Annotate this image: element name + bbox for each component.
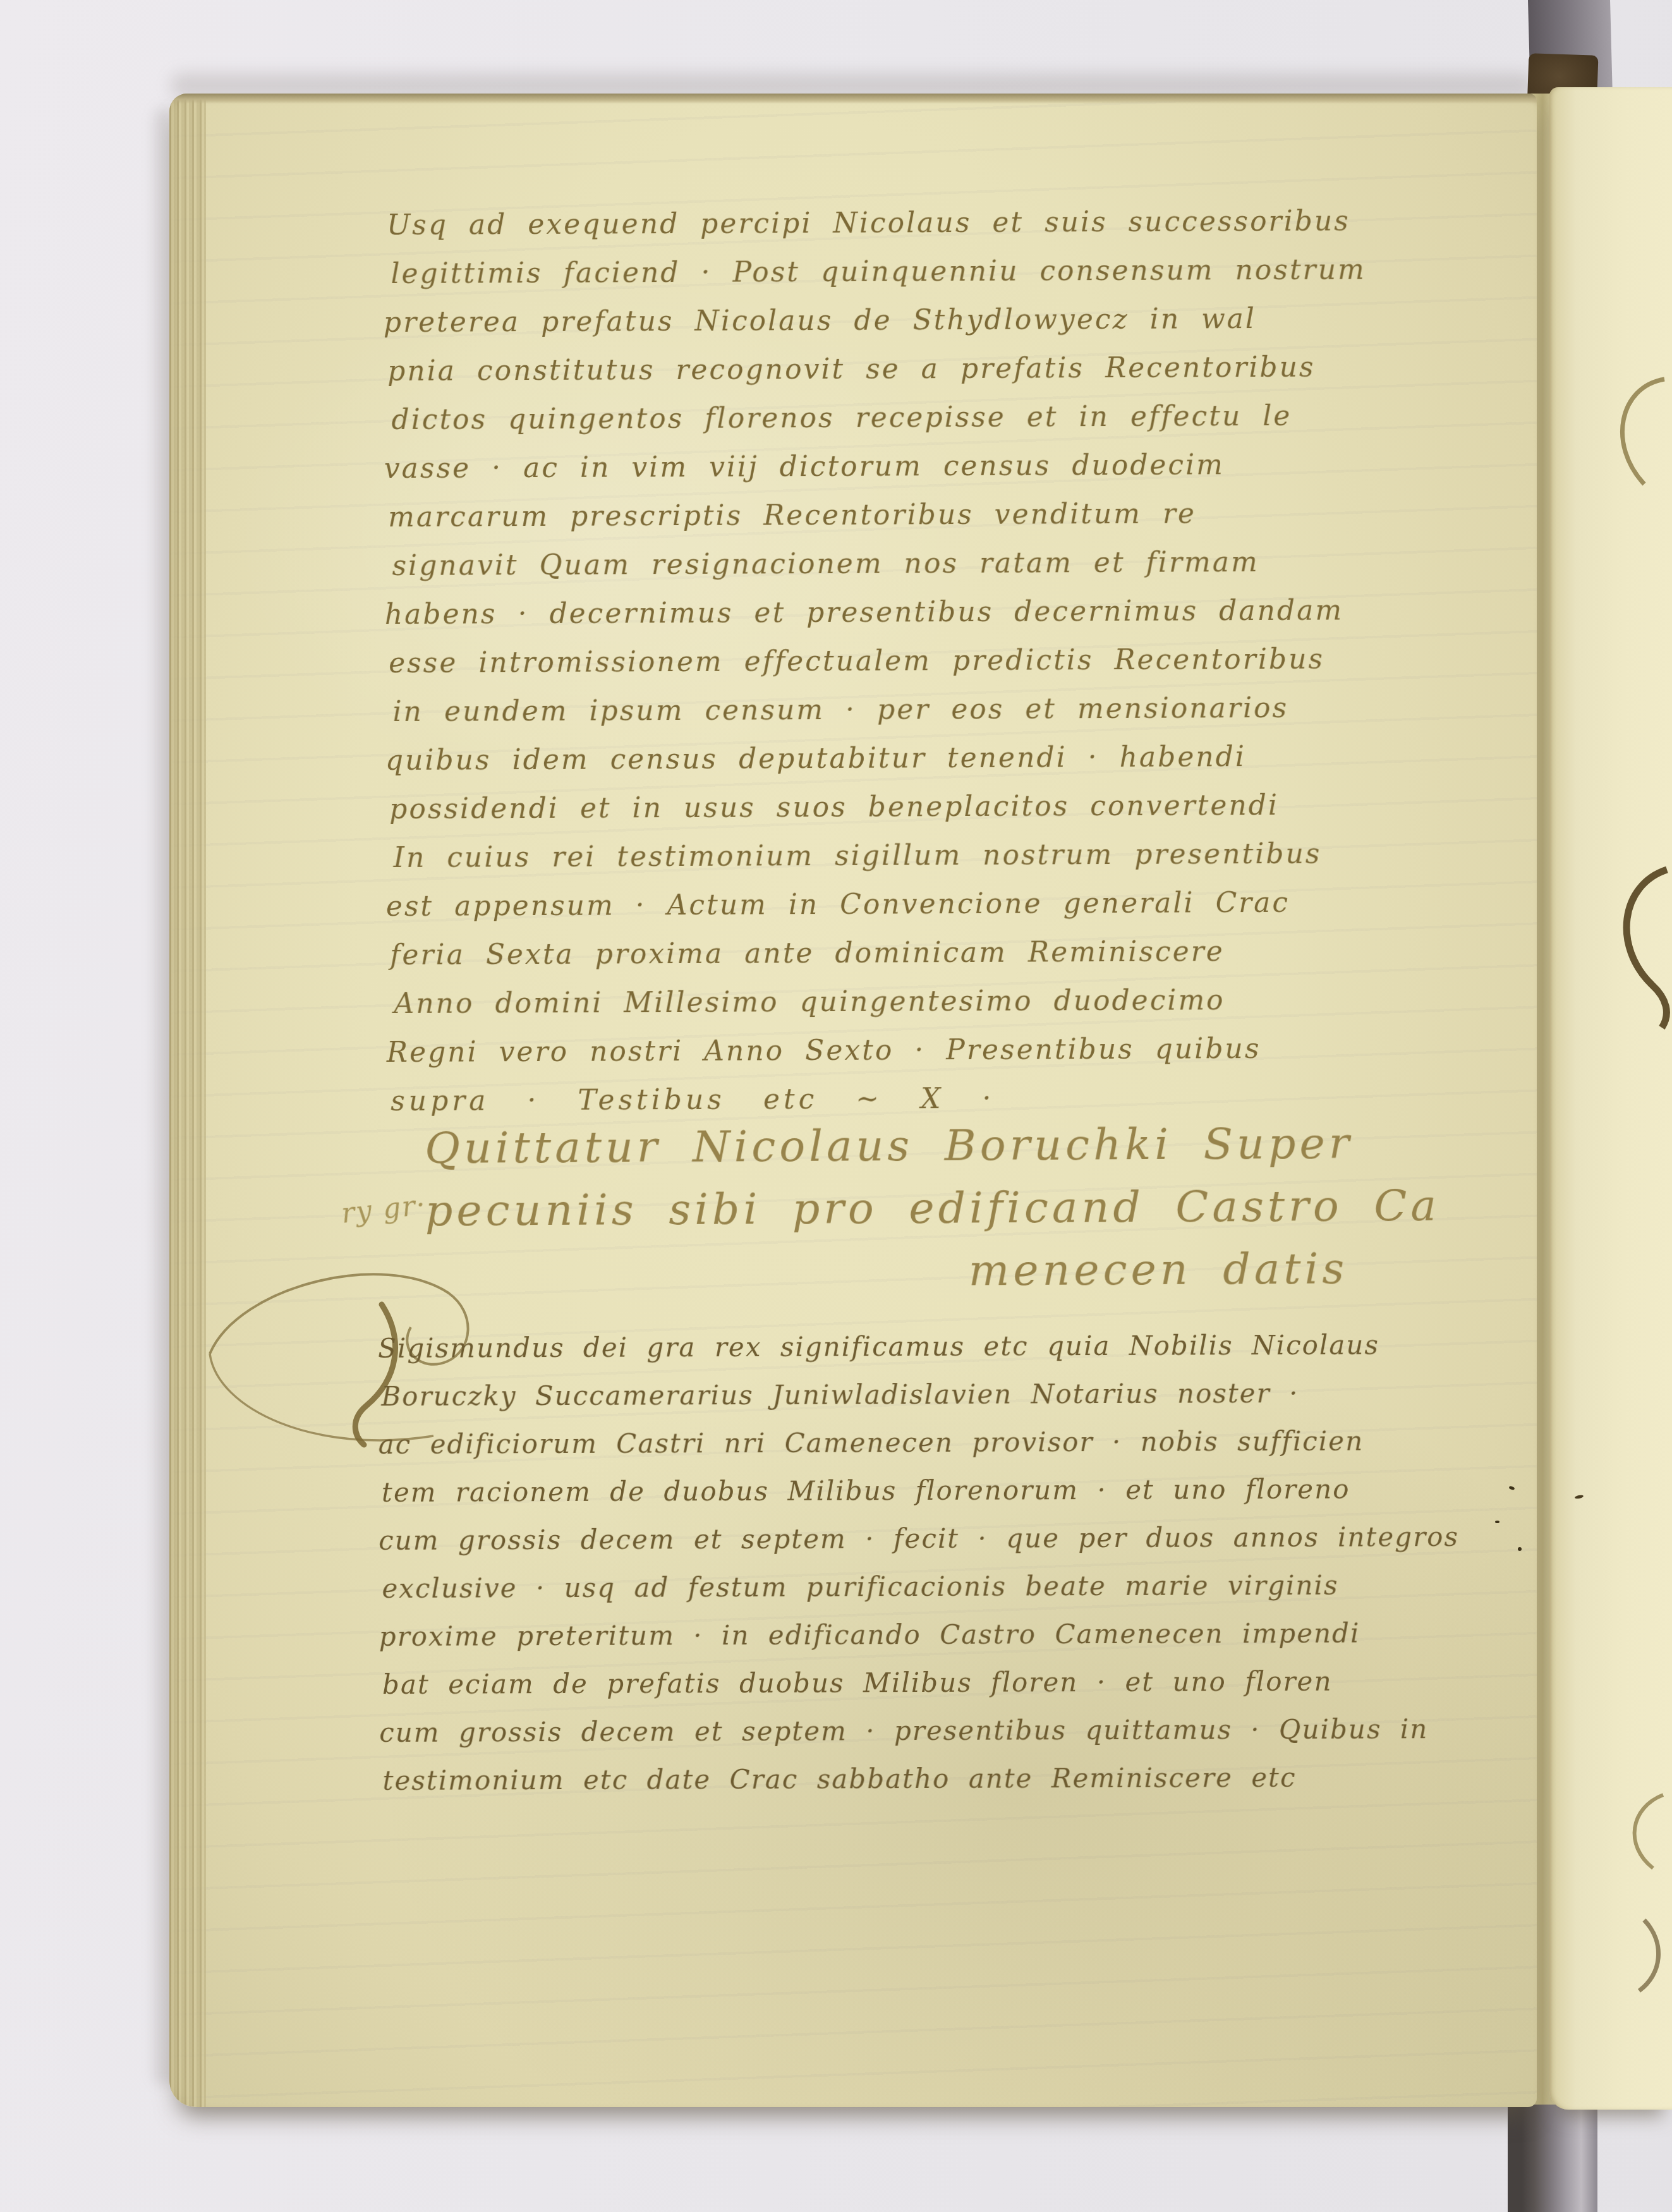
text-line: quibus idem census deputabitur tenendi ·… <box>385 732 1463 785</box>
text-line: signavit Quam resignacionem nos ratam et… <box>392 537 1462 590</box>
text-line: habens · decernimus et presentibus decer… <box>385 586 1463 639</box>
page-top-edge <box>169 94 1537 104</box>
text-line: pnia constitutus recognovit se a prefati… <box>387 343 1462 396</box>
text-line: Boruczky Succamerarius Juniwladislavien … <box>381 1369 1477 1421</box>
text-line: In cuius rei testimonium sigillum nostru… <box>393 829 1463 882</box>
facing-page <box>1549 87 1672 2110</box>
text-line: proxime preteritum · in edificando Castr… <box>379 1609 1479 1661</box>
text-line: legittimis faciend · Post quinquenniu co… <box>391 245 1461 298</box>
text-line: in eundem ipsum censum · per eos et mens… <box>392 683 1463 736</box>
scan-background: Usq ad exequend percipi Nicolaus et suis… <box>0 0 1672 2212</box>
text-line: bat eciam de prefatis duobus Milibus flo… <box>382 1657 1479 1709</box>
text-line: preterea prefatus Nicolaus de Sthydlowye… <box>384 294 1462 347</box>
text-line: exclusive · usq ad festum purificacionis… <box>382 1561 1478 1613</box>
text-line: est appensum · Actum in Convencione gene… <box>386 878 1464 931</box>
text-line: dictos quingentos florenos recepisse et … <box>391 391 1462 444</box>
text-line: Anno domini Millesimo quingentesimo duod… <box>394 975 1464 1028</box>
text-line: ac edificiorum Castri nri Camenecen prov… <box>379 1417 1478 1469</box>
facing-page-ink-flourishes <box>1549 87 1672 2110</box>
heading-line: menecen datis <box>425 1237 1348 1305</box>
ink-speck <box>1518 1547 1522 1551</box>
record-text-block-b: Sigismundus dei gra rex significamus etc… <box>378 1321 1479 1805</box>
text-line: Sigismundus dei gra rex significamus etc… <box>378 1321 1477 1373</box>
text-line: testimonium etc date Crac sabbatho ante … <box>382 1753 1479 1805</box>
text-line: possidendi et in usus suos beneplacitos … <box>389 781 1463 834</box>
text-line: vasse · ac in vim viij dictorum census d… <box>384 440 1462 493</box>
record-text-block-a: Usq ad exequend percipi Nicolaus et suis… <box>387 197 1465 1126</box>
text-line: cum grossis decem et septem · presentibu… <box>379 1705 1479 1757</box>
chapter-heading: Quittatur Nicolaus Boruchki Super pecuni… <box>425 1112 1348 1305</box>
text-line: marcarum prescriptis Recentoribus vendit… <box>388 489 1462 542</box>
heading-line: Quittatur Nicolaus Boruchki Super <box>425 1112 1347 1180</box>
text-line: tem racionem de duobus Milibus florenoru… <box>382 1465 1478 1517</box>
text-line: feria Sexta proxima ante dominicam Remin… <box>390 927 1464 980</box>
ink-speck <box>1495 1521 1499 1523</box>
heading-line: pecuniis sibi pro edificand Castro Ca <box>425 1175 1348 1243</box>
text-line: esse intromissionem effectualem predicti… <box>389 635 1463 688</box>
text-line: cum grossis decem et septem · fecit · qu… <box>379 1513 1478 1565</box>
text-line: Usq ad exequend percipi Nicolaus et suis… <box>387 197 1461 250</box>
text-line: Regni vero nostri Anno Sexto · Presentib… <box>387 1024 1465 1077</box>
page-edge-stack <box>169 94 206 2107</box>
